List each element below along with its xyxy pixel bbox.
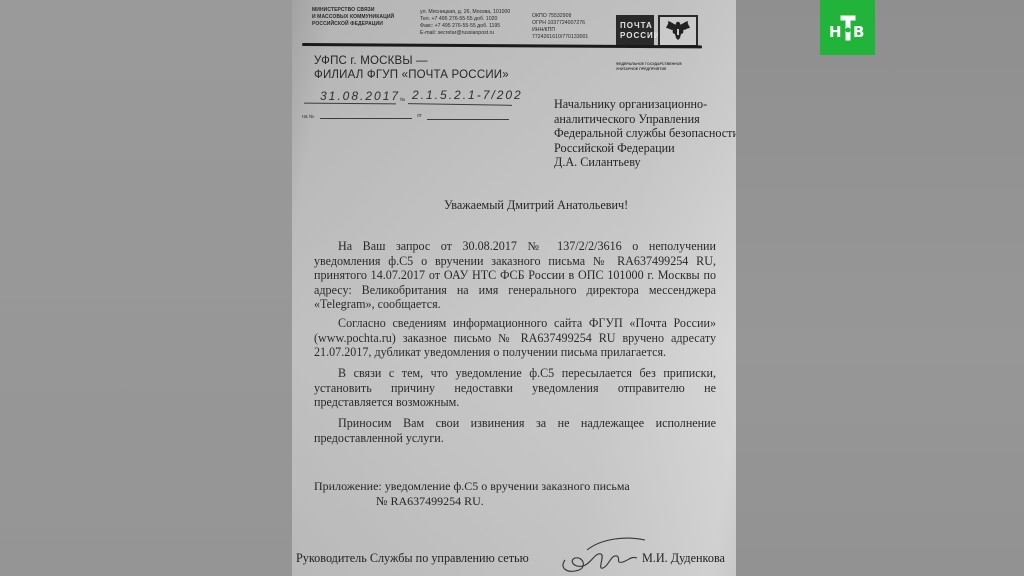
- logo-subtitle: ФЕДЕРАЛЬНОЕ ГОСУДАРСТВЕННОЕ УНИТАРНОЕ ПР…: [616, 62, 682, 72]
- registry-codes: ОКПО 75532909 ОГРН 1037724007276 ИНН/КПП…: [532, 13, 588, 41]
- number-label: №: [400, 97, 405, 103]
- paragraph-text: В связи с тем, что уведомление ф.С5 пере…: [314, 366, 716, 409]
- paragraph-text: Приносим Вам свои извинения за не надлеж…: [314, 416, 716, 445]
- addressee-line: Начальнику организационно-: [554, 97, 736, 112]
- fax-line: Факс: +7 495 276-55-55 доб. 1195: [420, 23, 510, 30]
- ministry-name: МИНИСТЕРСТВО СВЯЗИ И МАССОВЫХ КОММУНИКАЦ…: [312, 7, 394, 28]
- signature-icon: [557, 530, 652, 576]
- logo-line: ПОЧТА: [620, 21, 654, 31]
- branch-name: УФПС г. МОСКВЫ — ФИЛИАЛ ФГУП «ПОЧТА РОСС…: [314, 54, 509, 82]
- addressee-line: Федеральной службы безопасности: [554, 126, 736, 141]
- addressee-name: Д.А. Силантьеву: [554, 155, 736, 170]
- date-underline: [304, 103, 396, 105]
- addressee-block: Начальнику организационно- аналитическог…: [554, 97, 736, 170]
- document-page: МИНИСТЕРСТВО СВЯЗИ И МАССОВЫХ КОММУНИКАЦ…: [292, 0, 736, 576]
- paragraph-3: В связи с тем, что уведомление ф.С5 пере…: [314, 366, 716, 410]
- number-underline: [408, 103, 512, 106]
- signer-role: Руководитель Службы по управлению сетью: [296, 551, 529, 566]
- from-label: от: [417, 113, 422, 119]
- attachment-block: Приложение: уведомление ф.С5 о вручении …: [314, 479, 630, 509]
- paragraph-4: Приносим Вам свои извинения за не надлеж…: [314, 416, 716, 445]
- paragraph-2: Согласно сведениям информационного сайта…: [314, 316, 716, 360]
- ministry-line: И МАССОВЫХ КОММУНИКАЦИЙ: [312, 14, 394, 21]
- addressee-line: Российской Федерации: [554, 141, 736, 156]
- email-line: E-mail: secretar@russianpost.ru: [420, 30, 510, 37]
- ntv-channel-logo: Н В: [820, 0, 875, 55]
- greeting: Уважаемый Дмитрий Анатольевич!: [444, 198, 628, 213]
- contact-block: ул. Мясницкая, д. 26, Москва, 101000 Тел…: [420, 9, 510, 37]
- registration-date: 31.08.2017: [320, 89, 400, 103]
- subtitle-line: УНИТАРНОЕ ПРЕДПРИЯТИЕ: [616, 67, 682, 72]
- svg-text:Н: Н: [829, 23, 842, 41]
- russian-post-logo: ПОЧТА РОССИИ: [616, 15, 654, 47]
- paragraph-text: Согласно сведениям информационного сайта…: [314, 316, 716, 359]
- signer-name: М.И. Дуденкова: [642, 551, 725, 566]
- inn-label: ИНН/КПП: [532, 27, 588, 34]
- branch-line: УФПС г. МОСКВЫ —: [314, 54, 509, 68]
- addressee-line: аналитического Управления: [554, 112, 736, 127]
- reference-label: на №: [302, 114, 314, 120]
- ogrn-code: ОГРН 1037724007276: [532, 20, 588, 27]
- phone-line: Тел. +7 495 276-55-55 доб. 1020: [420, 16, 510, 23]
- address-line: ул. Мясницкая, д. 26, Москва, 101000: [420, 9, 510, 16]
- svg-text:В: В: [853, 23, 864, 41]
- from-line: [427, 119, 509, 120]
- background-right: [736, 0, 1024, 576]
- paragraph-1: На Ваш запрос от 30.08.2017 № 137/2/2/36…: [314, 239, 716, 312]
- ministry-line: РОССИЙСКОЙ ФЕДЕРАЦИИ: [312, 21, 394, 28]
- reference-line: [320, 118, 412, 119]
- logo-line: РОССИИ: [620, 31, 654, 41]
- branch-line: ФИЛИАЛ ФГУП «ПОЧТА РОССИИ»: [314, 68, 509, 82]
- inn-kpp-code: 7724261610/770133001: [532, 34, 588, 41]
- paragraph-text: На Ваш запрос от 30.08.2017 № 137/2/2/36…: [314, 239, 716, 311]
- attachment-number: № RA637499254 RU.: [314, 494, 630, 509]
- registration-number: 2.1.5.2.1-7/202: [412, 88, 523, 102]
- attachment-label: Приложение:: [314, 479, 382, 493]
- ministry-line: МИНИСТЕРСТВО СВЯЗИ: [312, 7, 394, 14]
- background-left: [0, 0, 292, 576]
- double-headed-eagle-icon: [658, 15, 698, 47]
- attachment-description: уведомление ф.С5 о вручении заказного пи…: [385, 479, 630, 493]
- okpo-code: ОКПО 75532909: [532, 13, 588, 20]
